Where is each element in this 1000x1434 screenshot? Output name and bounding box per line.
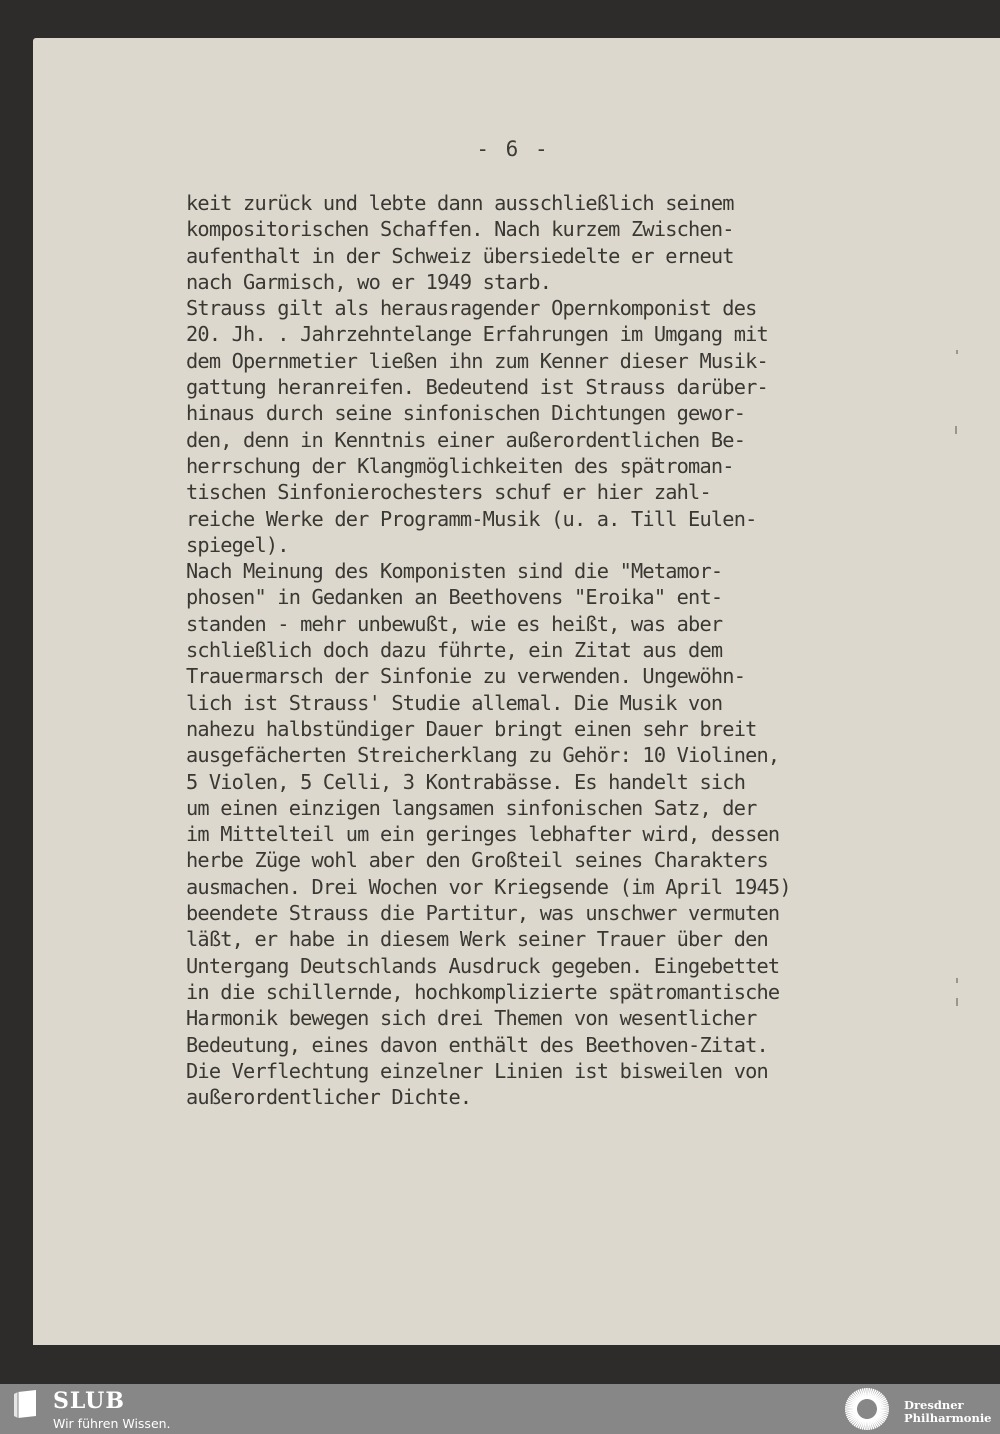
text-line: in die schillernde, hochkomplizierte spä… [186, 979, 906, 1005]
text-line: standen - mehr unbewußt, wie es heißt, w… [186, 611, 906, 637]
dresdner-philharmonie-sunburst-icon [842, 1386, 892, 1432]
paper-speck [956, 978, 958, 983]
text-line: den, denn in Kenntnis einer außerordentl… [186, 427, 906, 453]
text-line: schließlich doch dazu führte, ein Zitat … [186, 637, 906, 663]
text-line: spiegel). [186, 532, 906, 558]
text-line: Nach Meinung des Komponisten sind die "M… [186, 558, 906, 584]
text-line: dem Opernmetier ließen ihn zum Kenner di… [186, 348, 906, 374]
text-line: keit zurück und lebte dann ausschließlic… [186, 190, 906, 216]
slub-slogan: Wir führen Wissen. [53, 1416, 171, 1431]
body-text: keit zurück und lebte dann ausschließlic… [186, 190, 906, 1110]
text-line: Harmonik bewegen sich drei Themen von we… [186, 1005, 906, 1031]
text-line: außerordentlicher Dichte. [186, 1084, 906, 1110]
text-line: ausmachen. Drei Wochen vor Kriegsende (i… [186, 874, 906, 900]
text-line: Strauss gilt als herausragender Opernkom… [186, 295, 906, 321]
slub-book-icon [14, 1390, 40, 1418]
philharmonie-name-line2: Philharmonie [904, 1412, 992, 1425]
text-line: aufenthalt in der Schweiz übersiedelte e… [186, 243, 906, 269]
text-line: Trauermarsch der Sinfonie zu verwenden. … [186, 663, 906, 689]
text-line: nach Garmisch, wo er 1949 starb. [186, 269, 906, 295]
slub-name: SLUB [53, 1388, 125, 1414]
text-line: um einen einzigen langsamen sinfonischen… [186, 795, 906, 821]
text-line: hinaus durch seine sinfonischen Dichtung… [186, 400, 906, 426]
text-line: ausgefächerten Streicherklang zu Gehör: … [186, 742, 906, 768]
text-line: läßt, er habe in diesem Werk seiner Trau… [186, 926, 906, 952]
paper-speck [955, 426, 957, 434]
text-line: lich ist Strauss' Studie allemal. Die Mu… [186, 690, 906, 716]
paper-speck [956, 998, 958, 1006]
text-line: Bedeutung, eines davon enthält des Beeth… [186, 1032, 906, 1058]
text-line: phosen" in Gedanken an Beethovens "Eroik… [186, 584, 906, 610]
text-line: Die Verflechtung einzelner Linien ist bi… [186, 1058, 906, 1084]
text-line: kompositorischen Schaffen. Nach kurzem Z… [186, 216, 906, 242]
text-line: beendete Strauss die Partitur, was unsch… [186, 900, 906, 926]
text-line: 5 Violen, 5 Celli, 3 Kontrabässe. Es han… [186, 769, 906, 795]
text-line: reiche Werke der Programm-Musik (u. a. T… [186, 506, 906, 532]
text-line: tischen Sinfonierochesters schuf er hier… [186, 479, 906, 505]
text-line: 20. Jh. . Jahrzehntelange Erfahrungen im… [186, 321, 906, 347]
text-line: herbe Züge wohl aber den Großteil seines… [186, 847, 906, 873]
text-line: Untergang Deutschlands Ausdruck gegeben.… [186, 953, 906, 979]
text-line: im Mittelteil um ein geringes lebhafter … [186, 821, 906, 847]
text-line: nahezu halbstündiger Dauer bringt einen … [186, 716, 906, 742]
page-number: - 6 - [33, 137, 993, 161]
dresdner-philharmonie-name: Dresdner Philharmonie [904, 1399, 992, 1425]
text-line: herrschung der Klangmöglichkeiten des sp… [186, 453, 906, 479]
paper-speck [956, 350, 958, 354]
text-line: gattung heranreifen. Bedeutend ist Strau… [186, 374, 906, 400]
